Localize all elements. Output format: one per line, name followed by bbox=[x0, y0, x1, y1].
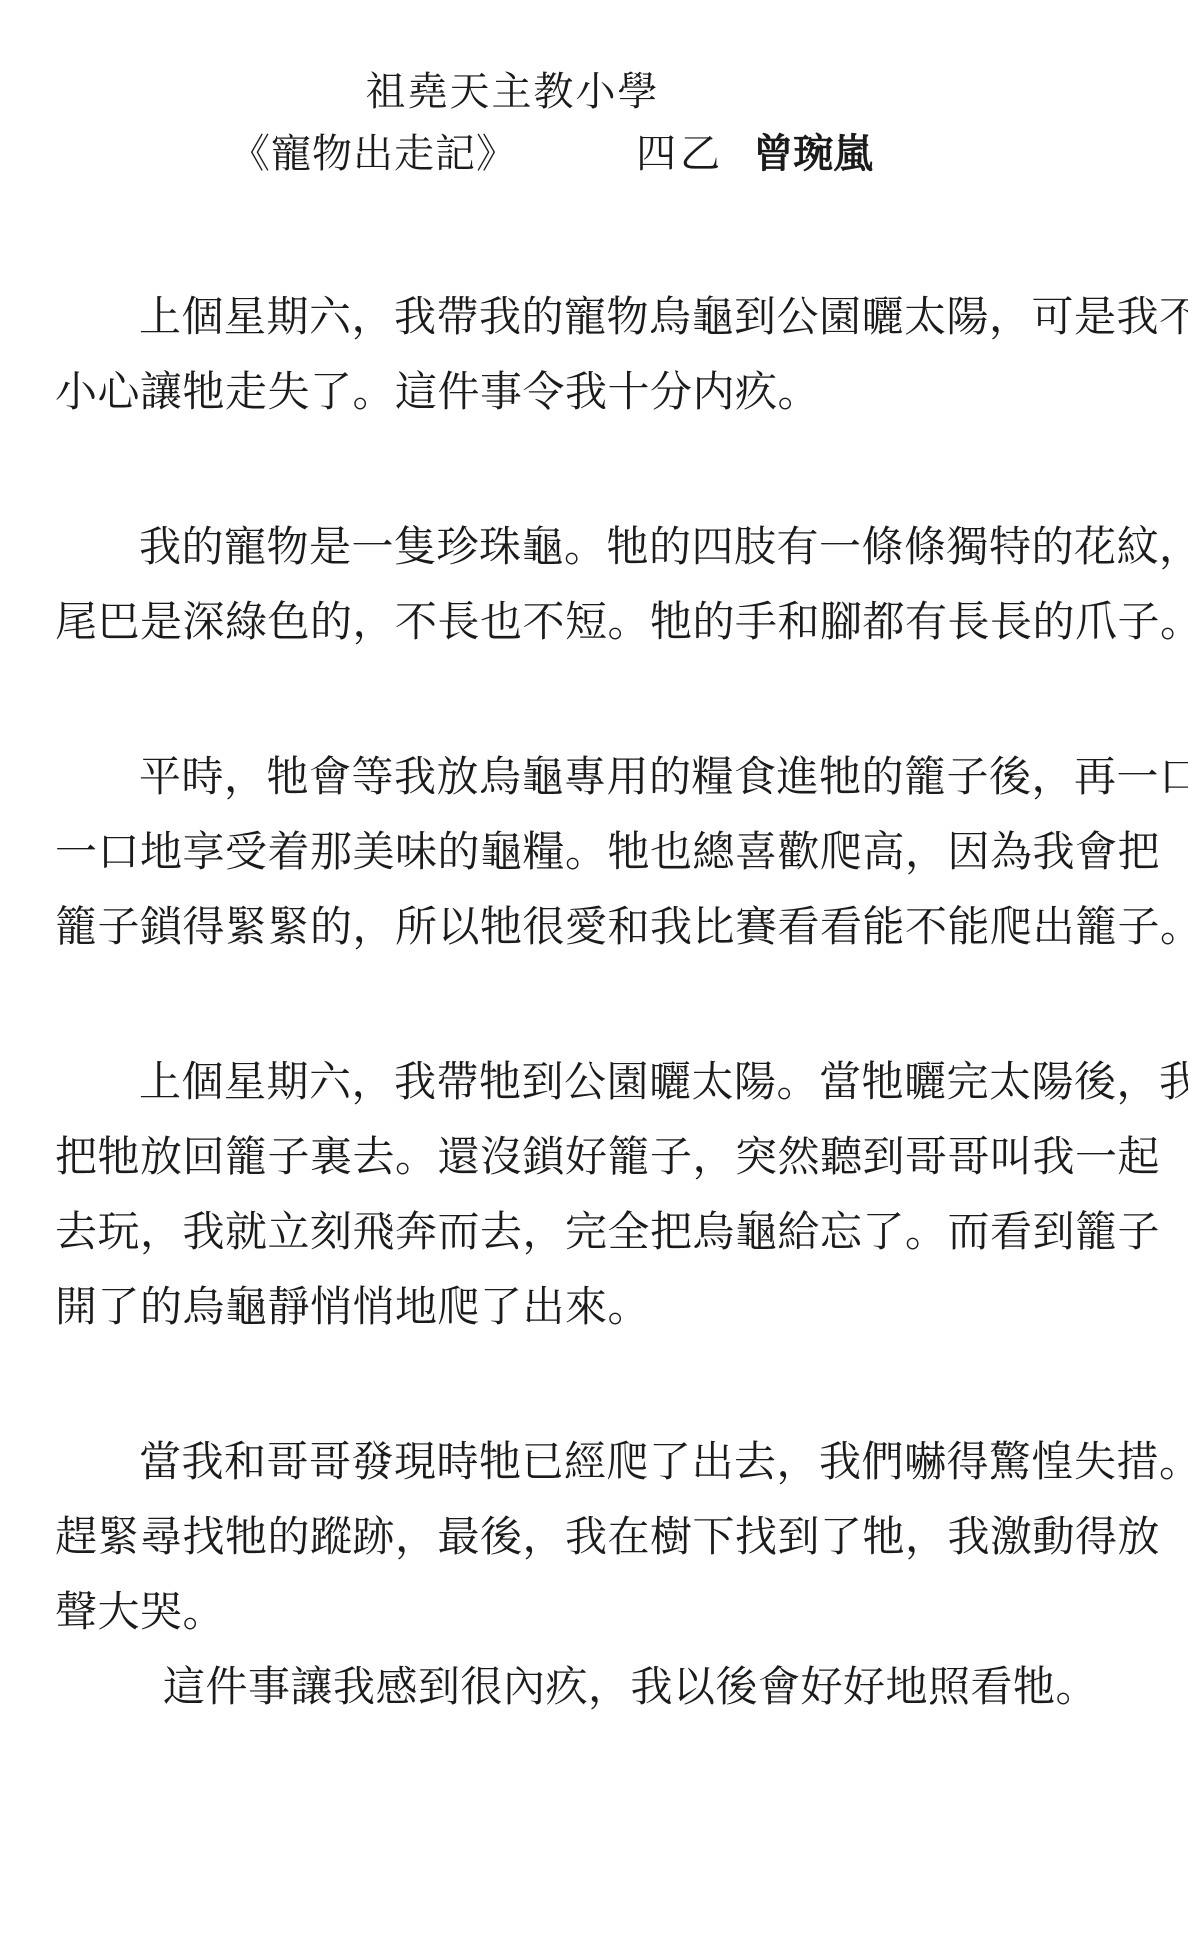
essay-line: 去玩，我就立刻飛奔而去，完全把烏龜給忘了。而看到籠子 bbox=[55, 1194, 970, 1269]
paragraph-4: 上個星期六，我帶牠到公園曬太陽。當牠曬完太陽後，我 把牠放回籠子裏去。還沒鎖好籠… bbox=[55, 1044, 970, 1344]
paragraph-1: 上個星期六，我帶我的寵物烏龜到公園曬太陽，可是我不 小心讓牠走失了。這件事令我十… bbox=[55, 279, 970, 429]
class-label: 四乙 bbox=[636, 132, 724, 176]
paragraph-6: 這件事讓我感到很內疚，我以後會好好地照看牠。 bbox=[55, 1649, 970, 1724]
essay-line: 籠子鎖得緊緊的，所以牠很愛和我比賽看看能不能爬出籠子。 bbox=[55, 889, 970, 964]
paragraph-2: 我的寵物是一隻珍珠龜。牠的四肢有一條條獨特的花紋， 尾巴是深綠色的，不長也不短。… bbox=[55, 509, 970, 659]
essay-line: 當我和哥哥發現時牠已經爬了出去，我們嚇得驚惶失措。 bbox=[55, 1424, 970, 1499]
school-name: 祖堯天主教小學 bbox=[55, 62, 970, 122]
essay-title: 《寵物出走記》 bbox=[230, 132, 517, 176]
essay-line: 趕緊尋找牠的蹤跡，最後，我在樹下找到了牠，我激動得放 bbox=[55, 1499, 970, 1574]
essay-line: 一口地享受着那美味的龜糧。牠也總喜歡爬高，因為我會把 bbox=[55, 814, 970, 889]
essay-line: 聲大哭。 bbox=[55, 1574, 970, 1649]
essay-content: 祖堯天主教小學 《寵物出走記》 四乙 曾琬嵐 上個星期六，我帶我的寵物烏龜到公園… bbox=[55, 62, 970, 1724]
essay-line: 上個星期六，我帶牠到公園曬太陽。當牠曬完太陽後，我 bbox=[55, 1044, 970, 1119]
essay-line: 這件事讓我感到很內疚，我以後會好好地照看牠。 bbox=[55, 1649, 970, 1724]
essay-line: 我的寵物是一隻珍珠龜。牠的四肢有一條條獨特的花紋， bbox=[55, 509, 970, 584]
essay-line: 開了的烏龜靜悄悄地爬了出來。 bbox=[55, 1269, 970, 1344]
essay-line: 尾巴是深綠色的，不長也不短。牠的手和腳都有長長的爪子。 bbox=[55, 584, 970, 659]
essay-line: 平時，牠會等我放烏龜專用的糧食進牠的籠子後，再一口 bbox=[55, 739, 970, 814]
title-row: 《寵物出走記》 四乙 曾琬嵐 bbox=[55, 124, 970, 184]
paragraph-5: 當我和哥哥發現時牠已經爬了出去，我們嚇得驚惶失措。 趕緊尋找牠的蹤跡，最後，我在… bbox=[55, 1424, 970, 1649]
essay-line: 把牠放回籠子裏去。還沒鎖好籠子，突然聽到哥哥叫我一起 bbox=[55, 1119, 970, 1194]
essay-body: 上個星期六，我帶我的寵物烏龜到公園曬太陽，可是我不 小心讓牠走失了。這件事令我十… bbox=[55, 279, 970, 1724]
essay-line: 上個星期六，我帶我的寵物烏龜到公園曬太陽，可是我不 bbox=[55, 279, 970, 354]
essay-page: 祖堯天主教小學 《寵物出走記》 四乙 曾琬嵐 上個星期六，我帶我的寵物烏龜到公園… bbox=[0, 0, 1188, 1948]
paragraph-3: 平時，牠會等我放烏龜專用的糧食進牠的籠子後，再一口 一口地享受着那美味的龜糧。牠… bbox=[55, 739, 970, 964]
author-name: 曾琬嵐 bbox=[753, 132, 873, 176]
essay-line: 小心讓牠走失了。這件事令我十分内疚。 bbox=[55, 354, 970, 429]
